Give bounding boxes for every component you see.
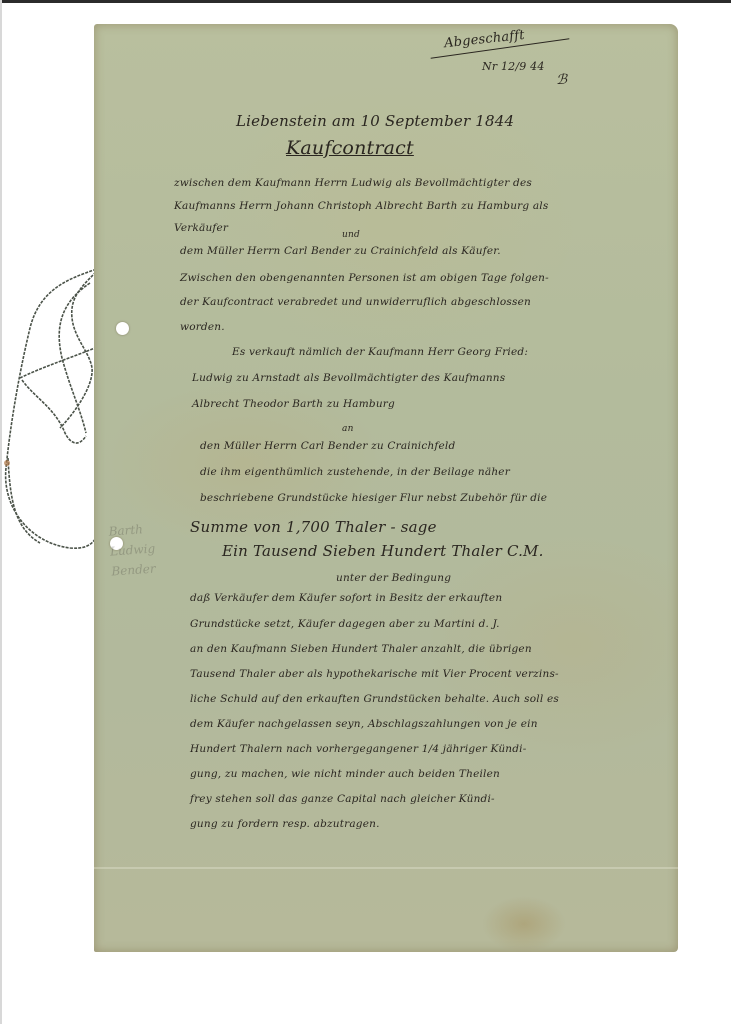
body-line: liche Schuld auf den erkauften Grundstüc… — [190, 693, 559, 705]
punch-hole-top — [116, 322, 129, 335]
body-line-sum-words: Ein Tausend Sieben Hundert Thaler C.M. — [222, 542, 544, 560]
body-line: Grundstücke setzt, Käufer dagegen aber z… — [190, 618, 500, 630]
body-line: an den Kaufmann Sieben Hundert Thaler an… — [190, 643, 532, 655]
margin-note-faint: Barth Ludwig Bender — [108, 518, 157, 581]
body-line: dem Müller Herrn Carl Bender zu Crainich… — [180, 245, 501, 257]
body-line: frey stehen soll das ganze Capital nach … — [190, 793, 495, 805]
body-line: gung zu fordern resp. abzutragen. — [190, 818, 380, 830]
body-line: unter der Bedingung — [336, 572, 451, 584]
body-line: die ihm eigenthümlich zustehende, in der… — [200, 466, 510, 478]
body-line-insert: an — [342, 424, 354, 434]
fold-line — [94, 867, 678, 869]
body-line: Verkäufer — [174, 222, 228, 234]
annotation-flourish-mark: ℬ — [556, 72, 567, 88]
body-line: der Kaufcontract verabredet und unwiderr… — [180, 296, 531, 308]
body-line: Tausend Thaler aber als hypothekarische … — [190, 668, 559, 680]
body-line: dem Käufer nachgelassen seyn, Abschlagsz… — [190, 718, 538, 730]
body-line: Ludwig zu Arnstadt als Bevollmächtigter … — [192, 372, 505, 384]
margin-note-line: Bender — [111, 558, 157, 581]
body-line: Kaufmanns Herrn Johann Christoph Albrech… — [174, 200, 548, 212]
body-line: den Müller Herrn Carl Bender zu Crainich… — [200, 440, 455, 452]
document-page — [94, 24, 678, 952]
body-line: zwischen dem Kaufmann Herrn Ludwig als B… — [174, 177, 532, 189]
body-line: worden. — [180, 321, 225, 333]
body-line: Zwischen den obengenannten Personen ist … — [180, 272, 549, 284]
body-line: Es verkauft nämlich der Kaufmann Herr Ge… — [232, 346, 528, 358]
scan-top-edge — [0, 0, 731, 3]
place-date: Liebenstein am 10 September 1844 — [236, 112, 514, 130]
body-line: Hundert Thalern nach vorhergegangener 1/… — [190, 743, 526, 755]
document-title: Kaufcontract — [286, 137, 414, 159]
body-line: beschriebene Grundstücke hiesiger Flur n… — [200, 492, 547, 504]
body-line: daß Verkäufer dem Käufer sofort in Besit… — [190, 592, 502, 604]
annotation-number: Nr 12/9 44 — [482, 60, 545, 73]
body-line: Albrecht Theodor Barth zu Hamburg — [192, 398, 395, 410]
body-line-sum: Summe von 1,700 Thaler - sage — [190, 518, 437, 536]
body-line-insert: und — [342, 230, 360, 240]
body-line: gung, zu machen, wie nicht minder auch b… — [190, 768, 500, 780]
